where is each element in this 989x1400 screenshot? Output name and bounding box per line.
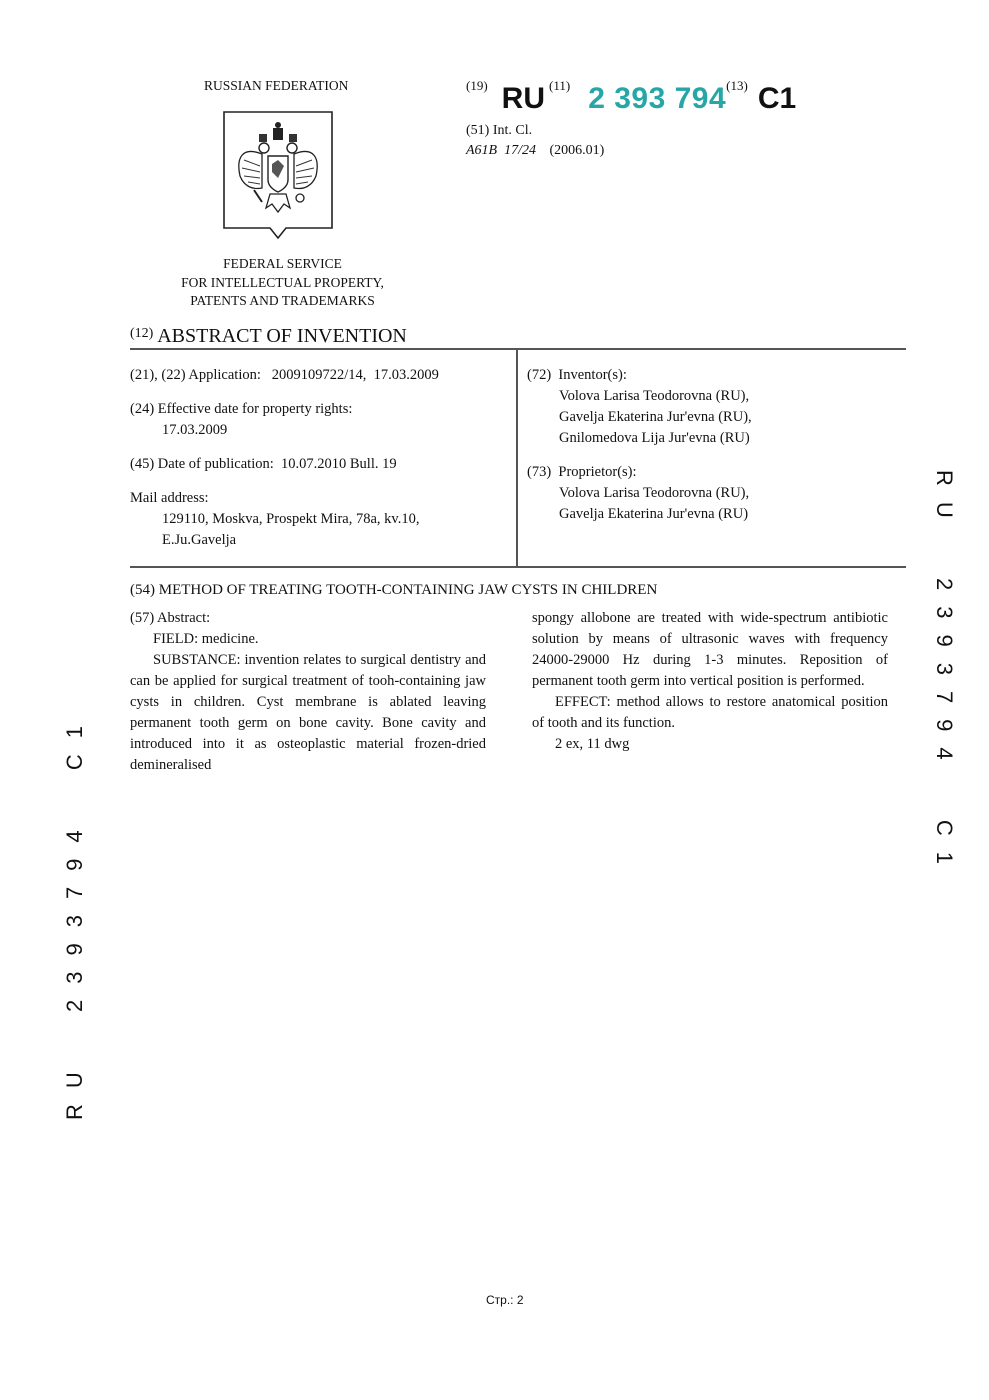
page-number: Стр.: 2: [486, 1293, 524, 1307]
agency-line: PATENTS AND TRADEMARKS: [150, 292, 415, 311]
int-cl-code: A61B 17/24: [466, 143, 536, 158]
abstract-substance-continued: spongy allobone are treated with wide-sp…: [532, 608, 888, 692]
inid-code-19: (19): [466, 78, 488, 93]
inid-code-13: (13): [726, 78, 748, 93]
agency-name: FEDERAL SERVICE FOR INTELLECTUAL PROPERT…: [150, 255, 415, 311]
application-info: (21), (22) Application: 2009109722/14, 1…: [130, 365, 510, 386]
abstract-substance: SUBSTANCE: invention relates to surgical…: [130, 650, 486, 776]
mail-address-line: E.Ju.Gavelja: [130, 530, 510, 551]
document-type: (12) ABSTRACT OF INVENTION: [130, 325, 407, 348]
proprietor: Gavelja Ekaterina Jur'evna (RU): [527, 504, 907, 525]
country-code: RU: [502, 82, 545, 115]
mail-address-line: 129110, Moskva, Prospekt Mira, 78a, kv.1…: [130, 509, 510, 530]
patent-number-block: (19) RU (11) 2 393 794(13) C1: [466, 72, 796, 112]
country-name: RUSSIAN FEDERATION: [204, 78, 348, 94]
patent-number: 2 393 794: [588, 82, 726, 115]
int-cl-label: (51) Int. Cl.: [466, 121, 604, 141]
bibliographic-left: (21), (22) Application: 2009109722/14, 1…: [130, 365, 510, 551]
abstract-column-right: spongy allobone are treated with wide-sp…: [532, 608, 888, 755]
kind-code: C1: [758, 82, 796, 115]
document-type-label: ABSTRACT OF INVENTION: [157, 325, 407, 347]
inid-code-11: (11): [549, 78, 570, 93]
abstract-effect: EFFECT: method allows to restore anatomi…: [532, 692, 888, 734]
publication-date: (45) Date of publication: 10.07.2010 Bul…: [130, 454, 510, 475]
side-label-left: RU 2393794 C1: [62, 710, 88, 1120]
abstract-field: FIELD: medicine.: [130, 629, 486, 650]
divider-top: [130, 348, 906, 350]
inventor: Volova Larisa Teodorovna (RU),: [527, 386, 907, 407]
inventor: Gavelja Ekaterina Jur'evna (RU),: [527, 407, 907, 428]
agency-line: FEDERAL SERVICE: [150, 255, 415, 274]
inventor: Gnilomedova Lija Jur'evna (RU): [527, 428, 907, 449]
bibliographic-right: (72) Inventor(s): Volova Larisa Teodorov…: [527, 365, 907, 525]
effective-date: 17.03.2009: [130, 420, 510, 441]
divider-bottom: [130, 566, 906, 568]
side-label-right: RU 2393794 C1: [931, 470, 957, 880]
abstract-column-left: (57) Abstract: FIELD: medicine. SUBSTANC…: [130, 608, 486, 776]
mail-address-label: Mail address:: [130, 488, 510, 509]
russian-coat-of-arms-icon: [222, 110, 334, 245]
inid-code-12: (12): [130, 326, 153, 341]
int-cl-version: (2006.01): [550, 143, 605, 158]
agency-line: FOR INTELLECTUAL PROPERTY,: [150, 274, 415, 293]
invention-title: (54) METHOD OF TREATING TOOTH-CONTAINING…: [130, 582, 657, 599]
abstract-counts: 2 ex, 11 dwg: [532, 734, 888, 755]
inventors-label: (72) Inventor(s):: [527, 365, 907, 386]
proprietor: Volova Larisa Teodorovna (RU),: [527, 483, 907, 504]
effective-date-label: (24) Effective date for property rights:: [130, 399, 510, 420]
divider-vertical: [516, 349, 518, 566]
abstract-label: (57) Abstract:: [130, 608, 486, 629]
int-cl-block: (51) Int. Cl. A61B 17/24 (2006.01): [466, 121, 604, 161]
proprietors-label: (73) Proprietor(s):: [527, 462, 907, 483]
